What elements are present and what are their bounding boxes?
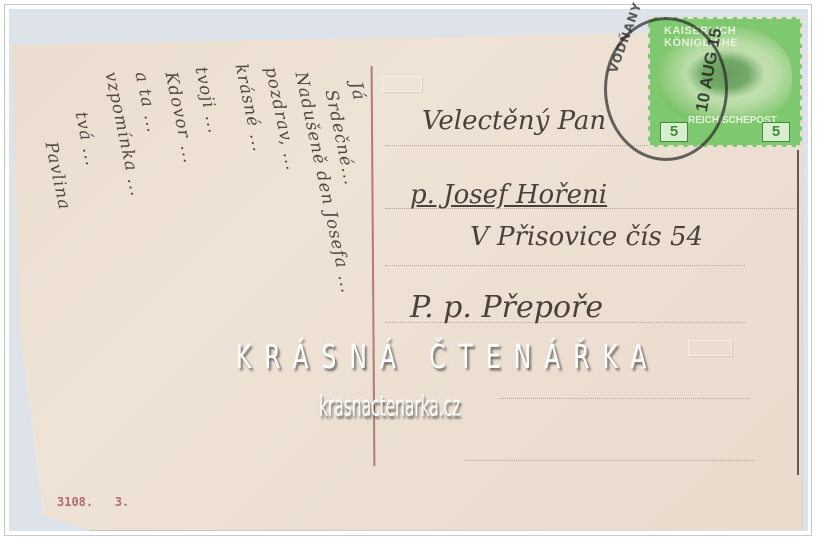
- address-line: [500, 398, 750, 399]
- address-name: p. Josef Hořeni: [410, 180, 607, 210]
- address-street: V Přisovice čís 54: [470, 222, 703, 252]
- message-line: Já: [345, 80, 369, 103]
- stamp-value-right: 5: [762, 122, 790, 142]
- address-line: [385, 265, 745, 266]
- postcard-edge-shadow: [797, 150, 799, 475]
- address-line: [465, 460, 755, 461]
- print-number: 3108. 3.: [57, 495, 129, 509]
- address-salutation: Velectěný Pan: [422, 106, 606, 136]
- print-series: 3108.: [57, 495, 93, 509]
- print-variant: 3.: [115, 495, 129, 509]
- embossed-ornament: [688, 340, 732, 356]
- watermark-title: KRÁSNÁ ČTENÁŘKA: [236, 339, 659, 377]
- watermark-url: krasnactenarka.cz: [319, 391, 460, 424]
- address-town: P. p. Přepoře: [410, 290, 603, 325]
- embossed-ornament: [382, 76, 422, 92]
